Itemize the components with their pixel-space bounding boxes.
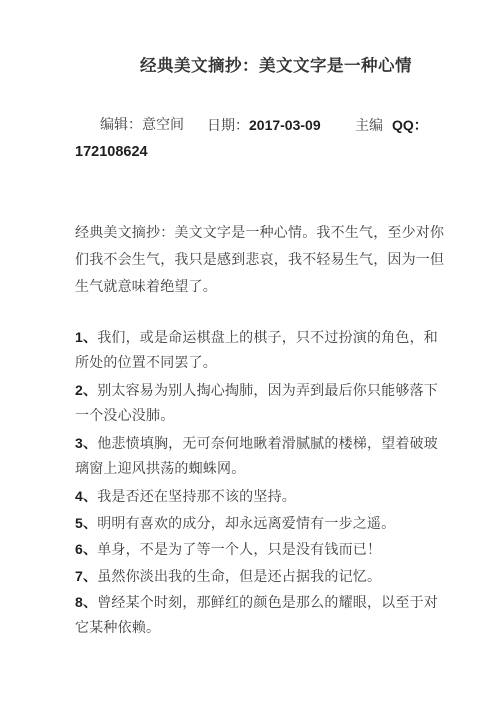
quote-line: 它某种依赖。: [75, 616, 431, 643]
item-text: 别太容易为别人掏心掏肺，因为弄到最后你只能够落下: [97, 384, 438, 399]
item-number: 8、: [75, 594, 97, 610]
item-number: 5、: [75, 515, 97, 531]
quote-item-7: 7、虽然你淡出我的生命，但是还占据我的记忆。: [75, 563, 431, 590]
editor-name: 意空间: [142, 118, 184, 133]
date-value: 2017-03-09: [249, 117, 321, 133]
item-number: 3、: [75, 435, 97, 451]
quote-line: 一个没心没肺。: [75, 404, 431, 431]
item-number: 4、: [75, 488, 97, 504]
qq-number: 172108624: [75, 139, 435, 166]
item-text: 他悲愤填胸，无可奈何地瞅着滑腻腻的楼梯，望着破玻: [97, 437, 438, 452]
intro-paragraph: 经典美文摘抄：美文文字是一种心情。我不生气，至少对你 们我不会生气，我只是感到悲…: [75, 220, 431, 301]
chief-editor-field: 主编QQ：: [355, 112, 428, 140]
date-label: 日期：: [207, 119, 249, 134]
quote-item-2: 2、别太容易为别人掏心掏肺，因为弄到最后你只能够落下 一个没心没肺。: [75, 377, 431, 430]
quote-line: 2、别太容易为别人掏心掏肺，因为弄到最后你只能够落下: [75, 377, 431, 404]
quote-line: 5、明明有喜欢的成分，却永远离爱情有一步之遥。: [75, 510, 431, 537]
intro-line: 经典美文摘抄：美文文字是一种心情。我不生气，至少对你: [75, 220, 431, 247]
intro-line: 生气就意味着绝望了。: [75, 274, 431, 301]
item-number: 6、: [75, 541, 97, 557]
document-page: 经典美文摘抄：美文文字是一种心情 编辑：意空间 日期：2017-03-09 主编…: [0, 0, 500, 708]
item-text: 单身，不是为了等一个人，只是没有钱而已！: [97, 543, 381, 558]
quote-item-4: 4、我是否还在坚持那不该的坚持。: [75, 483, 431, 510]
quote-item-3: 3、他悲愤填胸，无可奈何地瞅着滑腻腻的楼梯，望着破玻 璃窗上迎风拱荡的蜘蛛网。: [75, 430, 431, 483]
quote-line: 7、虽然你淡出我的生命，但是还占据我的记忆。: [75, 563, 431, 590]
item-text: 我们，或是命运棋盘上的棋子，只不过扮演的角色，和: [97, 331, 438, 346]
quote-item-5: 5、明明有喜欢的成分，却永远离爱情有一步之遥。: [75, 510, 431, 537]
page-title: 经典美文摘抄：美文文字是一种心情: [140, 54, 412, 78]
editor-field: 编辑：意空间: [100, 112, 184, 139]
date-field: 日期：2017-03-09: [207, 112, 321, 140]
quote-line: 所处的位置不同罢了。: [75, 351, 431, 378]
item-number: 1、: [75, 329, 97, 345]
item-text: 明明有喜欢的成分，却永远离爱情有一步之遥。: [97, 517, 395, 532]
meta-line: 编辑：意空间 日期：2017-03-09 主编QQ：: [75, 112, 435, 139]
meta-block: 编辑：意空间 日期：2017-03-09 主编QQ： 172108624: [75, 112, 435, 166]
item-text: 虽然你淡出我的生命，但是还占据我的记忆。: [97, 570, 381, 585]
quote-line: 璃窗上迎风拱荡的蜘蛛网。: [75, 457, 431, 484]
intro-line: 们我不会生气，我只是感到悲哀，我不轻易生气，因为一但: [75, 247, 431, 274]
quote-list: 1、我们，或是命运棋盘上的棋子，只不过扮演的角色，和 所处的位置不同罢了。 2、…: [75, 324, 431, 643]
item-number: 7、: [75, 568, 97, 584]
quote-line: 4、我是否还在坚持那不该的坚持。: [75, 483, 431, 510]
editor-label: 编辑：: [100, 118, 142, 133]
quote-line: 3、他悲愤填胸，无可奈何地瞅着滑腻腻的楼梯，望着破玻: [75, 430, 431, 457]
quote-line: 6、单身，不是为了等一个人，只是没有钱而已！: [75, 536, 431, 563]
qq-label: QQ：: [392, 117, 428, 133]
item-number: 2、: [75, 382, 97, 398]
quote-line: 1、我们，或是命运棋盘上的棋子，只不过扮演的角色，和: [75, 324, 431, 351]
item-text: 曾经某个时刻，那鲜红的颜色是那么的耀眼，以至于对: [97, 596, 438, 611]
quote-item-8: 8、曾经某个时刻，那鲜红的颜色是那么的耀眼，以至于对 它某种依赖。: [75, 589, 431, 642]
quote-item-1: 1、我们，或是命运棋盘上的棋子，只不过扮演的角色，和 所处的位置不同罢了。: [75, 324, 431, 377]
quote-line: 8、曾经某个时刻，那鲜红的颜色是那么的耀眼，以至于对: [75, 589, 431, 616]
chief-editor-label: 主编: [355, 119, 383, 134]
quote-item-6: 6、单身，不是为了等一个人，只是没有钱而已！: [75, 536, 431, 563]
item-text: 我是否还在坚持那不该的坚持。: [97, 490, 296, 505]
